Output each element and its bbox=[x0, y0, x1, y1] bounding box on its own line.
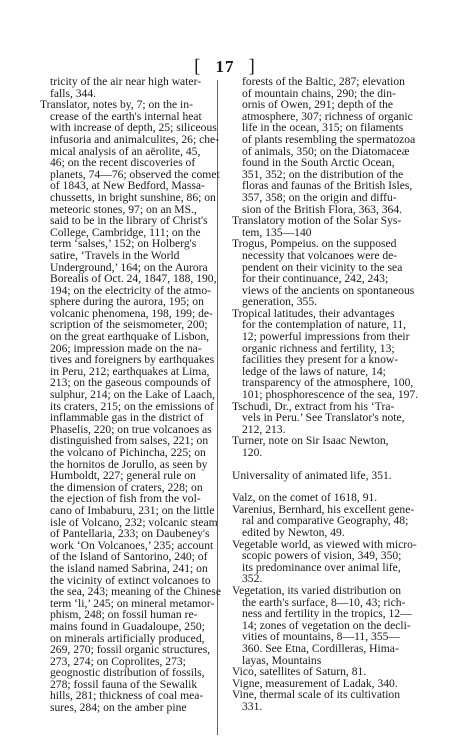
left-column: tricity of the air near high water-falls… bbox=[40, 76, 202, 714]
index-line: 269, 270; fossil organic structures, bbox=[40, 644, 202, 656]
index-line: 120. bbox=[232, 447, 402, 459]
index-line: infusoria and animalculites, 26; che- bbox=[40, 134, 202, 146]
index-line: satire, ‘Travels in the World bbox=[40, 250, 202, 262]
entry-spacer bbox=[232, 459, 402, 470]
page-number: 17 bbox=[216, 57, 235, 76]
right-column: forests of the Baltic, 287; elevationof … bbox=[232, 76, 402, 712]
index-entry: Turner, note on Sir Isaac Newton,120. bbox=[232, 435, 402, 458]
index-entry: Vine, thermal scale of its cultivation33… bbox=[232, 689, 402, 712]
index-entry: Vegetable world, as viewed with micro-sc… bbox=[232, 539, 402, 585]
index-line: necessity that volcanoes were de- bbox=[232, 250, 402, 262]
index-entry: Vico, satellites of Saturn, 81. bbox=[232, 666, 402, 678]
index-line: of plants resembling the spermatozoa bbox=[232, 134, 402, 146]
index-entry: Tschudi, Dr., extract from his ‘Tra-vels… bbox=[232, 401, 402, 436]
index-line: ness and fertility in the tropics, 12— bbox=[232, 608, 402, 620]
index-line: the volcano of Pichincha, 225; on bbox=[40, 447, 202, 459]
index-entry: Tropical latitudes, their advantagesfor … bbox=[232, 308, 402, 401]
index-line: Universality of animated life, 351. bbox=[232, 470, 402, 482]
index-line: 331. bbox=[232, 701, 402, 713]
index-line: sulphur, 214; on the Lake of Laach, bbox=[40, 389, 202, 401]
index-entry: Varenius, Bernhard, his excellent gene-r… bbox=[232, 504, 402, 539]
index-line: tricity of the air near high water- bbox=[40, 76, 202, 88]
index-line: chussetts, in bright sunshine, 86; on bbox=[40, 192, 202, 204]
bracket-open: [ bbox=[194, 56, 201, 77]
index-line: Borealis of Oct. 24, 1847, 188, 190, bbox=[40, 273, 202, 285]
index-line: Translatory motion of the Solar Sys- bbox=[232, 215, 402, 227]
index-line: on the great earthquake of Lisbon, bbox=[40, 331, 202, 343]
index-line: for their continuance, 242, 243; bbox=[232, 273, 402, 285]
bracket-close: ] bbox=[249, 56, 256, 77]
index-line: 360. See Etna, Cordilleras, Hima- bbox=[232, 643, 402, 655]
index-entry: forests of the Baltic, 287; elevationof … bbox=[232, 76, 402, 215]
index-entry: Vegetation, its varied distribution onth… bbox=[232, 585, 402, 666]
index-line: mains found in Guadaloupe, 250; bbox=[40, 621, 202, 633]
index-line: the sea, 243; meaning of the Chinese bbox=[40, 586, 202, 598]
index-line: 46; on the recent discoveries of bbox=[40, 157, 202, 169]
index-entry: Translatory motion of the Solar Sys-tem,… bbox=[232, 215, 402, 238]
index-line: found in the South Arctic Ocean, bbox=[232, 157, 402, 169]
index-entry: Trogus, Pompeius. on the supposednecessi… bbox=[232, 238, 402, 308]
index-line: the island named Sabrina, 241; on bbox=[40, 563, 202, 575]
index-line: Vegetation, its varied distribution on bbox=[232, 585, 402, 597]
index-line: scopic powers of vision, 349, 350; bbox=[232, 550, 402, 562]
index-line: Vico, satellites of Saturn, 81. bbox=[232, 666, 402, 678]
index-line: 357, 358; on the origin and diffu- bbox=[232, 192, 402, 204]
index-line: cano of Imbaburu, 231; on the little bbox=[40, 505, 202, 517]
index-line: forests of the Baltic, 287; elevation bbox=[232, 76, 402, 88]
index-line: 12; powerful impressions from their bbox=[232, 331, 402, 343]
index-line: said to be in the library of Christ's bbox=[40, 215, 202, 227]
index-line: of Pantellaria, 233; on Daubeney's bbox=[40, 528, 202, 540]
index-line: sures, 284; on the amber pine bbox=[40, 702, 202, 714]
index-line: edited by Newton, 49. bbox=[232, 527, 402, 539]
index-entry: Universality of animated life, 351. bbox=[232, 470, 402, 482]
index-line: 101; phosphorescence of the sea, 197. bbox=[232, 389, 402, 401]
